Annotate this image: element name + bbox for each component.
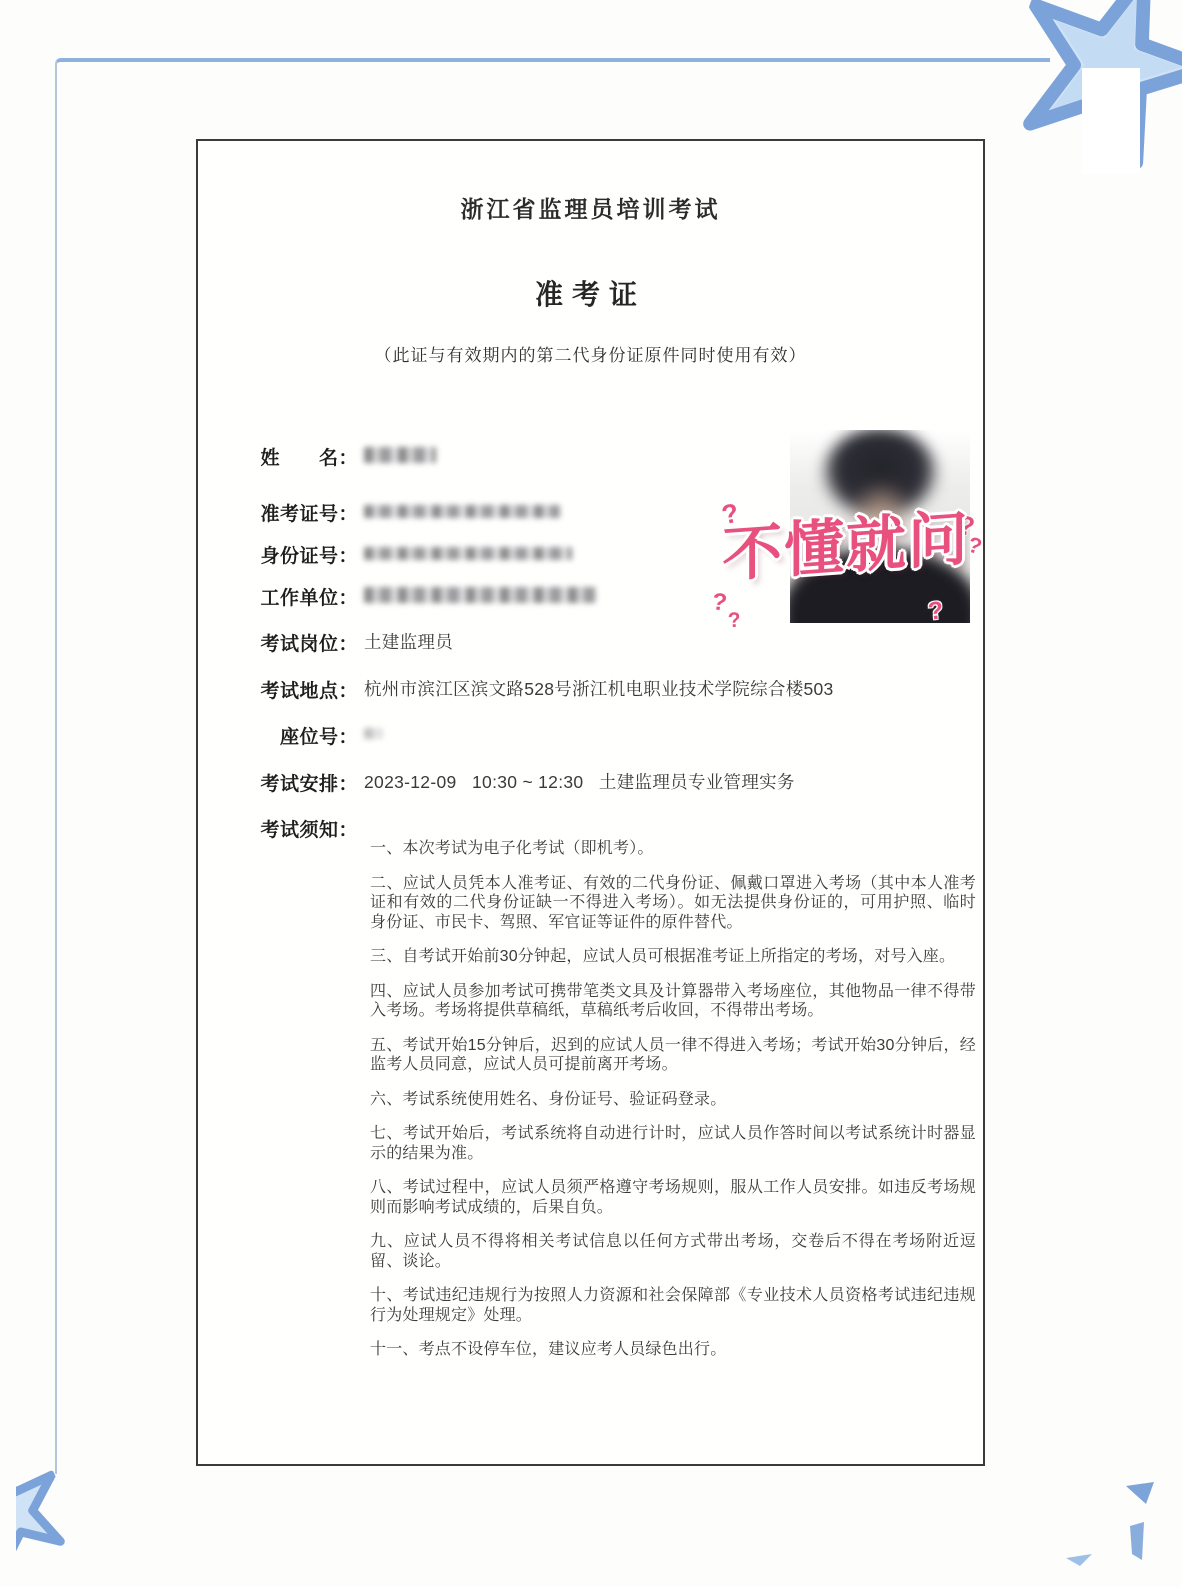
exam-post-value: 土建监理员 [364,629,453,654]
seat-no-label: 座位号： [240,722,358,749]
masked-seat-no-value [364,728,382,739]
notice-item: 十一、考点不设停车位，建议应考人员绿色出行。 [370,1340,976,1360]
exam-site-label: 考试地点： [240,676,358,703]
notice-item: 五、考试开始15分钟后，迟到的应试人员一律不得进入考场；考试开始30分钟后，经监… [370,1036,976,1075]
schedule-label: 考试安排： [240,769,358,796]
field-row-exam-post: 考试岗位： 土建监理员 [198,629,983,655]
notice-item: 七、考试开始后，考试系统将自动进行计时，应试人员作答时间以考试系统计时器显示的结… [370,1124,976,1163]
applicant-photo [790,430,970,623]
validity-note: （此证与有效期内的第二代身份证原件同时使用有效） [198,341,983,366]
notice-item: 八、考试过程中，应试人员须严格遵守考场规则，服从工作人员安排。如违反考场规则而影… [370,1178,976,1217]
name-label: 姓 名： [240,443,358,470]
admission-ticket-document: 浙江省监理员培训考试 准考证 （此证与有效期内的第二代身份证原件同时使用有效） … [196,139,985,1466]
notice-item: 六、考试系统使用姓名、身份证号、验证码登录。 [370,1090,976,1110]
notices-header-label: 考试须知： [240,815,358,842]
page-background: 浙江省监理员培训考试 准考证 （此证与有效期内的第二代身份证原件同时使用有效） … [0,0,1182,1587]
notice-item: 二、应试人员凭本人准考证、有效的二代身份证、佩戴口罩进入考场（其中本人准考证和有… [370,874,976,933]
certificate-title: 准考证 [198,273,983,313]
star-overlap-cover [0,1448,16,1580]
exam-organization-title: 浙江省监理员培训考试 [198,191,983,224]
exam-notices-list: 一、本次考试为电子化考试（即机考）。 二、应试人员凭本人准考证、有效的二代身份证… [370,839,976,1375]
masked-name-value [364,447,436,463]
masked-employer-value [364,587,596,603]
notice-item: 十、考试违纪违规行为按照人力资源和社会保障部《专业技术人员资格考试违纪违规行为处… [370,1286,976,1325]
schedule-value: 2023-12-09 10:30 ~ 12:30 土建监理员专业管理实务 [364,769,795,794]
field-row-notices-header: 考试须知： [198,815,983,841]
field-row-seat-no: 座位号： [198,722,983,748]
ticket-no-label: 准考证号： [240,499,358,526]
masked-id-no-value [364,547,572,560]
field-row-schedule: 考试安排： 2023-12-09 10:30 ~ 12:30 土建监理员专业管理… [198,769,983,795]
employer-label: 工作单位： [240,583,358,610]
star-overlap-cover [1082,68,1140,174]
field-row-exam-site: 考试地点： 杭州市滨江区滨文路528号浙江机电职业技术学院综合楼503 [198,676,983,702]
notice-item: 三、自考试开始前30分钟起，应试人员可根据准考证上所指定的考场，对号入座。 [370,947,976,967]
exam-site-value: 杭州市滨江区滨文路528号浙江机电职业技术学院综合楼503 [364,676,834,701]
photo-blurred-figure [790,430,970,623]
notice-item: 一、本次考试为电子化考试（即机考）。 [370,839,976,859]
id-no-label: 身份证号： [240,541,358,568]
exam-post-label: 考试岗位： [240,629,358,656]
notice-item: 四、应试人员参加考试可携带笔类文具及计算器带入考场座位，其他物品一律不得带入考场… [370,982,976,1021]
star-fragment-icon [1058,1478,1182,1578]
notice-item: 九、应试人员不得将相关考试信息以任何方式带出考场，交卷后不得在考场附近逗留、谈论… [370,1232,976,1271]
masked-ticket-no-value [364,505,560,518]
